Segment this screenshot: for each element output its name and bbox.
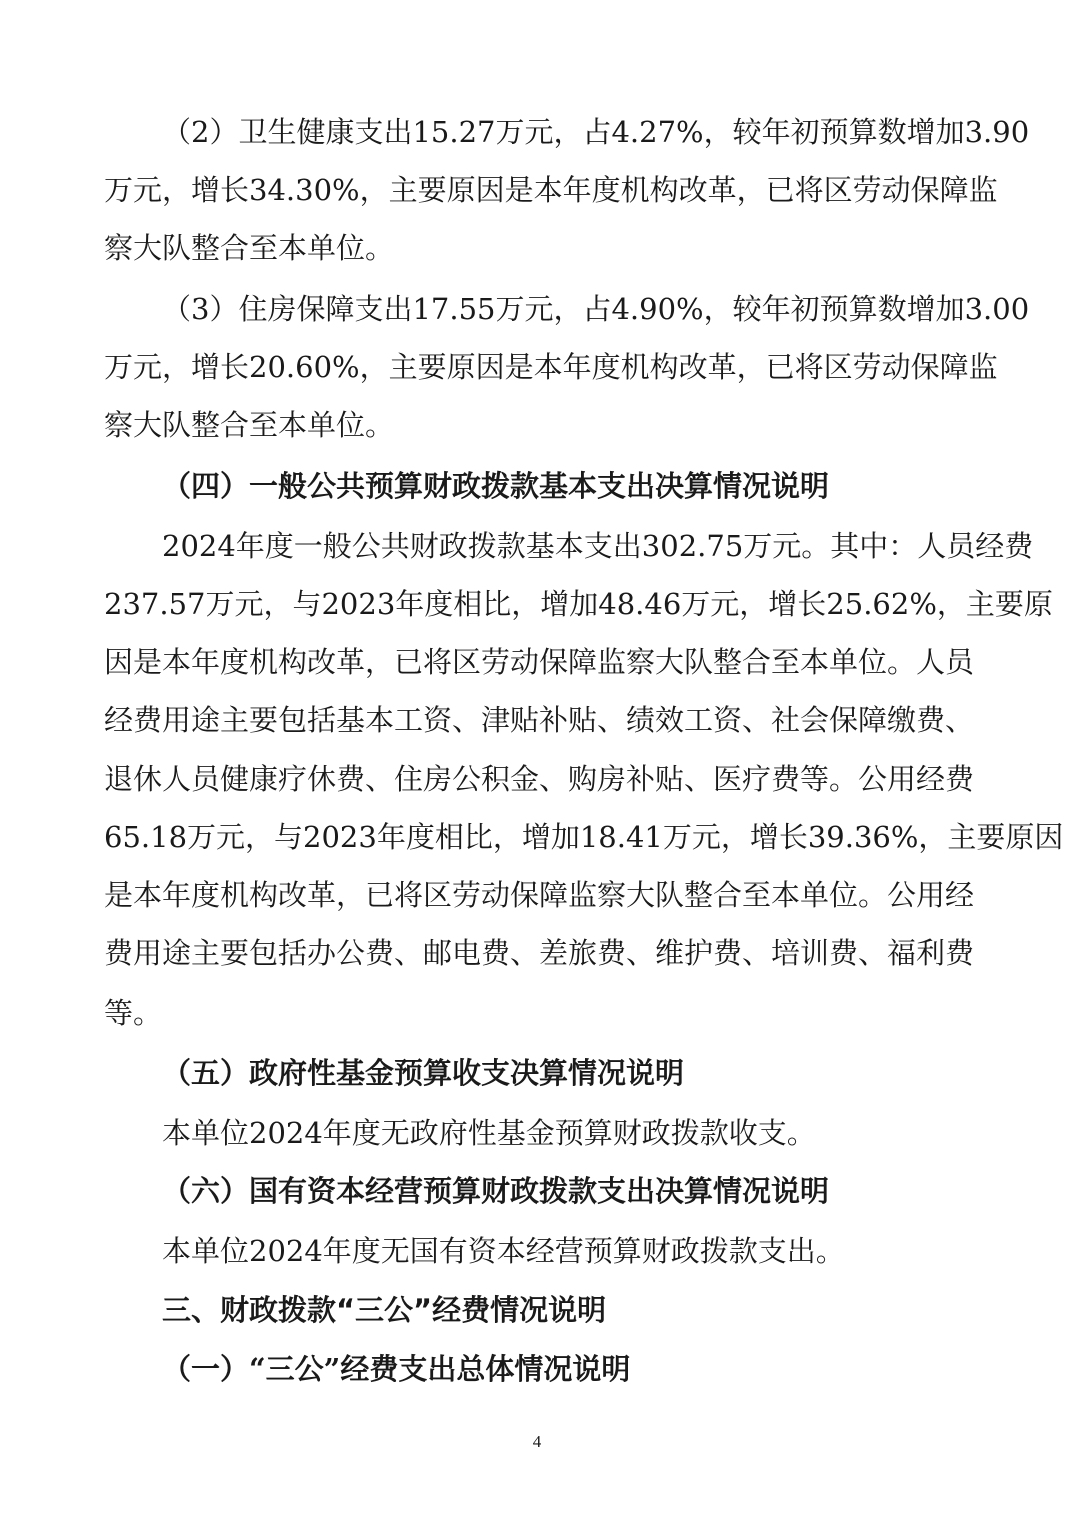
section-6-heading: （六）国有资本经营预算财政拨款支出决算情况说明 [162,1171,974,1211]
section-4-line-7: 是本年度机构改革，已将区劳动保障监察大队整合至本单位。公用经 [104,875,974,915]
section-4-line-1: 2024年度一般公共财政拨款基本支出302.75万元。其中：人员经费 [162,526,974,566]
section-4-line-6: 65.18万元，与2023年度相比，增加18.41万元，增长39.36%，主要原… [104,817,974,857]
section-4-line-2: 237.57万元，与2023年度相比，增加48.46万元，增长25.62%，主要… [104,584,974,624]
housing-line-3: 察大队整合至本单位。 [104,405,974,445]
housing-line-2: 万元，增长20.60%，主要原因是本年度机构改革，已将区劳动保障监 [104,347,974,387]
part-3-heading: 三、财政拨款“三公”经费情况说明 [162,1290,974,1330]
part-3-subheading: （一）“三公”经费支出总体情况说明 [162,1349,974,1389]
health-line-1: （2）卫生健康支出15.27万元，占4.27%，较年初预算数增加3.90 [162,112,974,152]
section-4-line-9: 等。 [104,993,974,1033]
section-6-line: 本单位2024年度无国有资本经营预算财政拨款支出。 [162,1231,974,1271]
section-5-line: 本单位2024年度无政府性基金预算财政拨款收支。 [162,1113,974,1153]
page-number: 4 [0,1432,1074,1452]
housing-line-1: （3）住房保障支出17.55万元，占4.90%，较年初预算数增加3.00 [162,289,974,329]
section-4-heading: （四）一般公共预算财政拨款基本支出决算情况说明 [162,466,974,506]
section-4-line-3: 因是本年度机构改革，已将区劳动保障监察大队整合至本单位。人员 [104,642,974,682]
section-5-heading: （五）政府性基金预算收支决算情况说明 [162,1053,974,1093]
section-4-line-8: 费用途主要包括办公费、邮电费、差旅费、维护费、培训费、福利费 [104,933,974,973]
section-4-line-4: 经费用途主要包括基本工资、津贴补贴、绩效工资、社会保障缴费、 [104,700,974,740]
health-line-2: 万元，增长34.30%，主要原因是本年度机构改革，已将区劳动保障监 [104,170,974,210]
health-line-3: 察大队整合至本单位。 [104,228,974,268]
section-4-line-5: 退休人员健康疗休费、住房公积金、购房补贴、医疗费等。公用经费 [104,759,974,799]
